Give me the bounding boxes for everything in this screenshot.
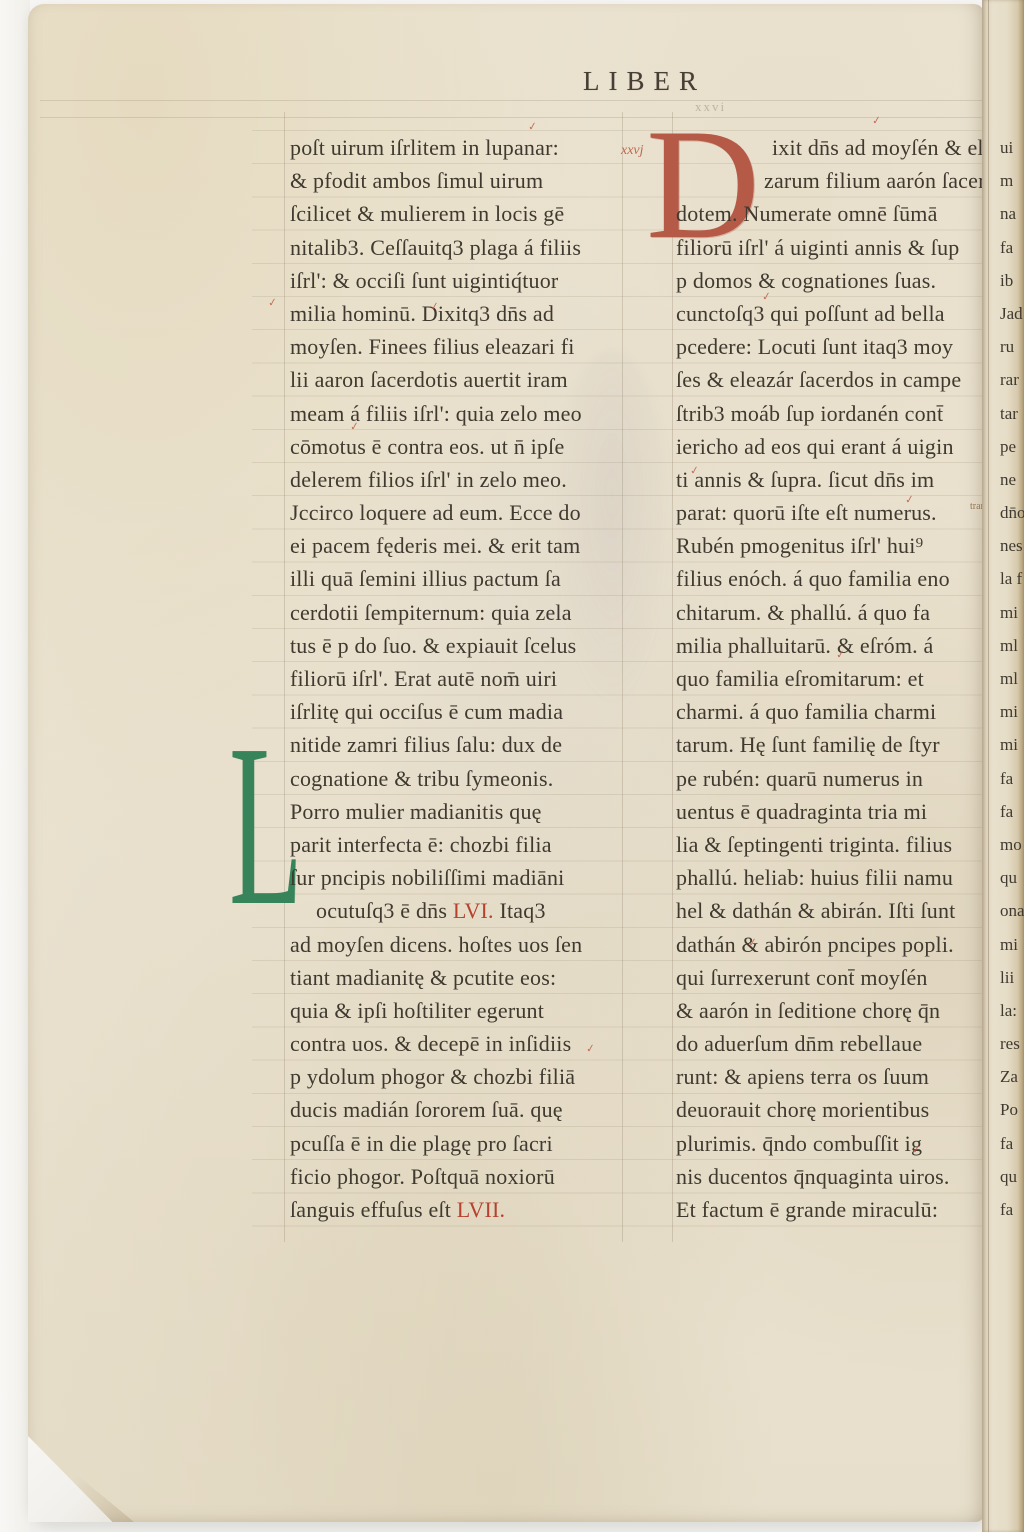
fore-edge-text-fragment: ml xyxy=(1000,662,1024,695)
manuscript-text-line: meam á filiis iſrl': quia zelo meo xyxy=(290,397,640,430)
fore-edge-text-fragment: nes xyxy=(1000,529,1024,562)
text-run: tus ē p do ſuo. & expiauit ſcelus xyxy=(290,633,576,658)
text-run: ocutuſq3 ē dn̄s xyxy=(316,898,453,923)
text-run: do aduerſum dn̄m rebellaue xyxy=(676,1031,922,1056)
manuscript-text-line: cunctoſq3 qui poſſunt ad bella xyxy=(676,297,1024,330)
text-run: filiorū iſrl'. Erat autē nom̄ uiri xyxy=(290,666,557,691)
text-run: illi quā ſemini illius pactum ſa xyxy=(290,566,561,591)
text-run: Po xyxy=(1000,1100,1018,1119)
manuscript-text-line: nitide zamri filius ſalu: dux de xyxy=(290,728,640,761)
text-run: Porro mulier madianitis quę xyxy=(290,799,542,824)
text-run: filiorū iſrl' á uiginti annis & ſup xyxy=(676,235,960,260)
text-run: fa xyxy=(1000,1200,1013,1219)
manuscript-text-line: milia phalluitarū. & eſróm. á xyxy=(676,629,1024,662)
manuscript-text-line: tiant madianitę & pcutite eos: xyxy=(290,961,640,994)
fore-edge-text-fragment: Po xyxy=(1000,1093,1024,1126)
manuscript-text-line: ſcilicet & mulierem in locis gē xyxy=(290,197,640,230)
photograph-background: LIBER xxvi xxvj tran L D poſt uirum iſrl… xyxy=(0,0,1024,1532)
text-run: la: xyxy=(1000,1001,1017,1020)
text-run: quia & ipſi hoſtiliter egerunt xyxy=(290,998,544,1023)
manuscript-text-line: iericho ad eos qui erant á uigin xyxy=(676,430,1024,463)
manuscript-text-line: poſt uirum iſrlitem in lupanar: xyxy=(290,131,640,164)
correction-tick: ✓ xyxy=(911,1142,922,1156)
fore-edge-text-fragment: mi xyxy=(1000,928,1024,961)
fore-edge-text-fragment: lii xyxy=(1000,961,1024,994)
text-run: tar xyxy=(1000,404,1018,423)
manuscript-text-line: Jccirco loquere ad eum. Ecce do xyxy=(290,496,640,529)
manuscript-text-line: Porro mulier madianitis quę xyxy=(290,795,640,828)
text-run: nitalib3. Ceſſauitq3 plaga á filiis xyxy=(290,235,581,260)
text-run: ei pacem fęderis mei. & erit tam xyxy=(290,533,580,558)
fore-edge-text-fragment: qu xyxy=(1000,1160,1024,1193)
manuscript-text-line: filiorū iſrl' á uiginti annis & ſup xyxy=(676,231,1024,264)
manuscript-text-line: & aarón in ſeditione chorę q̄n xyxy=(676,994,1024,1027)
text-run: pcedere: Locuti ſunt itaq3 moy xyxy=(676,334,953,359)
text-run: mi xyxy=(1000,935,1018,954)
chapter-number-rubric: LVI. xyxy=(453,898,494,923)
manuscript-text-line: dotem. Numerate omnē ſūmā xyxy=(676,197,1024,230)
text-run: parat: quorū iſte eſt numerus. xyxy=(676,500,937,525)
correction-tick: ✓ xyxy=(585,1041,596,1055)
text-run: Et factum ē grande miraculū: xyxy=(676,1197,938,1222)
text-run: uentus ē quadraginta tria mi xyxy=(676,799,927,824)
manuscript-text-line: ſur pncipis nobiliſſimi madiāni xyxy=(290,861,640,894)
manuscript-text-line: cerdotii ſempiternum: quia zela xyxy=(290,596,640,629)
text-run: lii aaron ſacerdotis auertit iram xyxy=(290,367,568,392)
fore-edge-text-fragment: mi xyxy=(1000,695,1024,728)
correction-tick: ✓ xyxy=(349,419,360,433)
manuscript-text-line: do aduerſum dn̄m rebellaue xyxy=(676,1027,1024,1060)
manuscript-text-line: moyſen. Finees filius eleazari fi xyxy=(290,330,640,363)
text-run: cōmotus ē contra eos. ut n̄ ipſe xyxy=(290,434,564,459)
fore-edge-text-fragment: fa xyxy=(1000,1127,1024,1160)
text-run: nes xyxy=(1000,536,1023,555)
manuscript-text-line: & pfodit ambos ſimul uirum xyxy=(290,164,640,197)
manuscript-text-line: lia & ſeptingenti triginta. filius xyxy=(676,828,1024,861)
text-run: pe xyxy=(1000,437,1016,456)
text-run: moyſen. Finees filius eleazari fi xyxy=(290,334,575,359)
page-crease xyxy=(988,0,989,1532)
manuscript-text-line: quo familia eſromitarum: et xyxy=(676,662,1024,695)
correction-tick: ✓ xyxy=(871,113,882,127)
correction-tick: ✓ xyxy=(527,119,538,133)
manuscript-text-line: ſanguis effuſus eſt LVII. xyxy=(290,1193,640,1226)
text-run: Jad xyxy=(1000,304,1023,323)
text-run: qu xyxy=(1000,868,1017,887)
fore-edge-text-fragment: ne xyxy=(1000,463,1024,496)
correction-tick: ✓ xyxy=(761,289,772,303)
text-run: lia & ſeptingenti triginta. filius xyxy=(676,832,952,857)
manuscript-text-line: hel & dathán & abirán. Iſti ſunt xyxy=(676,894,1024,927)
manuscript-text-line: nis ducentos q̄nquaginta uiros. xyxy=(676,1160,1024,1193)
manuscript-text-line: pcedere: Locuti ſunt itaq3 moy xyxy=(676,330,1024,363)
manuscript-text-line: iſrl': & occiſi ſunt uigintiq́tuor xyxy=(290,264,640,297)
fore-edge-text-fragment: pe xyxy=(1000,430,1024,463)
text-run: ſes & eleazár ſacerdos in campe xyxy=(676,367,961,392)
text-run: tiant madianitę & pcutite eos: xyxy=(290,965,556,990)
correction-tick: ✓ xyxy=(429,299,440,313)
manuscript-text-line: filiorū iſrl'. Erat autē nom̄ uiri xyxy=(290,662,640,695)
text-run: filius enóch. á quo familia eno xyxy=(676,566,950,591)
text-run: ſtrib3 moáb ſup iordanén cont̄ xyxy=(676,401,943,426)
manuscript-text-line: ocutuſq3 ē dn̄s LVI. Itaq3 xyxy=(290,894,640,927)
text-run: runt: & apiens terra os ſuum xyxy=(676,1064,929,1089)
fore-edge-text-fragment: Za xyxy=(1000,1060,1024,1093)
manuscript-text-line: qui ſurrexerunt cont̄ moyſén xyxy=(676,961,1024,994)
text-run: meam á filiis iſrl': quia zelo meo xyxy=(290,401,582,426)
header-rule-upper xyxy=(40,100,990,101)
manuscript-text-line: p ydolum phogor & chozbi filiā xyxy=(290,1060,640,1093)
text-run: fa xyxy=(1000,238,1013,257)
text-run: p domos & cognationes ſuas. xyxy=(676,268,936,293)
manuscript-text-line: ſes & eleazár ſacerdos in campe xyxy=(676,363,1024,396)
text-run: p ydolum phogor & chozbi filiā xyxy=(290,1064,575,1089)
text-run: iſrl': & occiſi ſunt uigintiq́tuor xyxy=(290,268,558,293)
correction-tick: ✓ xyxy=(267,295,278,309)
text-run: iericho ad eos qui erant á uigin xyxy=(676,434,954,459)
text-run: & pfodit ambos ſimul uirum xyxy=(290,168,543,193)
manuscript-text-line: p domos & cognationes ſuas. xyxy=(676,264,1024,297)
text-run: ib xyxy=(1000,271,1013,290)
manuscript-text-line: deuorauit chorę morientibus xyxy=(676,1093,1024,1126)
column-guide-left xyxy=(284,112,285,1242)
fore-edge-text-fragment: ml xyxy=(1000,629,1024,662)
manuscript-text-line: pe rubén: quarū numerus in xyxy=(676,762,1024,795)
manuscript-text-line: plurimis. q̄ndo combuſſit ig xyxy=(676,1127,1024,1160)
text-run: qui ſurrexerunt cont̄ moyſén xyxy=(676,965,928,990)
text-run: ficio phogor. Poſtquā noxiorū xyxy=(290,1164,555,1189)
manuscript-text-line: lii aaron ſacerdotis auertit iram xyxy=(290,363,640,396)
text-run: dathán & abirón pncipes popli. xyxy=(676,932,954,957)
next-folio-fore-edge: uimnafaibJadrurartarpenedn̄onesla fmimlm… xyxy=(982,0,1024,1532)
text-run: contra uos. & decepē in inſidiis xyxy=(290,1031,571,1056)
manuscript-text-line: tarum. Hę ſunt familię de ſtyr xyxy=(676,728,1024,761)
fore-edge-text-fragment: m xyxy=(1000,164,1024,197)
manuscript-text-line: chitarum. & phallú. á quo fa xyxy=(676,596,1024,629)
text-run: ixit dn̄s ad moyſén & elea xyxy=(772,135,1004,160)
manuscript-text-line: Rubén pmogenitus iſrl' hui⁹ xyxy=(676,529,1024,562)
fore-edge-text-fragment: mi xyxy=(1000,596,1024,629)
fore-edge-text-fragment: ui xyxy=(1000,131,1024,164)
text-run: m xyxy=(1000,171,1013,190)
text-run: nitide zamri filius ſalu: dux de xyxy=(290,732,562,757)
text-run: & aarón in ſeditione chorę q̄n xyxy=(676,998,940,1023)
text-run: ſur pncipis nobiliſſimi madiāni xyxy=(290,865,564,890)
text-run: deuorauit chorę morientibus xyxy=(676,1097,929,1122)
text-run: parit interfecta ē: chozbi filia xyxy=(290,832,552,857)
text-run: poſt uirum iſrlitem in lupanar: xyxy=(290,135,559,160)
manuscript-text-line: ti annis & ſupra. ſicut dn̄s im xyxy=(676,463,1024,496)
fore-edge-text-fragment: fa xyxy=(1000,231,1024,264)
chapter-number-rubric: LVII. xyxy=(457,1197,505,1222)
text-run: pe rubén: quarū numerus in xyxy=(676,766,923,791)
text-run: mi xyxy=(1000,603,1018,622)
manuscript-text-line: cōmotus ē contra eos. ut n̄ ipſe xyxy=(290,430,640,463)
fore-edge-text-fragment: na xyxy=(1000,197,1024,230)
text-run: dotem. Numerate omnē ſūmā xyxy=(676,201,938,226)
text-run: qu xyxy=(1000,1167,1017,1186)
text-run: rar xyxy=(1000,370,1019,389)
text-run: cognatione & tribu ſymeonis. xyxy=(290,766,553,791)
manuscript-text-line: ficio phogor. Poſtquā noxiorū xyxy=(290,1160,640,1193)
left-text-column: poſt uirum iſrlitem in lupanar:& pfodit … xyxy=(290,131,640,1226)
manuscript-text-line: cognatione & tribu ſymeonis. xyxy=(290,762,640,795)
text-run: plurimis. q̄ndo combuſſit ig xyxy=(676,1131,922,1156)
manuscript-text-line: illi quā ſemini illius pactum ſa xyxy=(290,562,640,595)
text-run: ſcilicet & mulierem in locis gē xyxy=(290,201,564,226)
text-run: res xyxy=(1000,1034,1020,1053)
text-run: mo xyxy=(1000,835,1022,854)
manuscript-text-line: nitalib3. Ceſſauitq3 plaga á filiis xyxy=(290,231,640,264)
manuscript-text-line: zarum filium aarón ſacer xyxy=(676,164,1024,197)
text-run: la f xyxy=(1000,569,1022,588)
text-run: charmi. á quo familia charmi xyxy=(676,699,936,724)
text-run: zarum filium aarón ſacer xyxy=(764,168,986,193)
manuscript-text-line: runt: & apiens terra os ſuum xyxy=(676,1060,1024,1093)
text-run: mi xyxy=(1000,735,1018,754)
manuscript-text-line: filius enóch. á quo familia eno xyxy=(676,562,1024,595)
text-run: ſanguis effuſus eſt xyxy=(290,1197,457,1222)
fore-edge-text-fragment: mi xyxy=(1000,728,1024,761)
manuscript-text-line: pcuſſa ē in die plagę pro ſacri xyxy=(290,1127,640,1160)
fore-edge-text-fragment: qu xyxy=(1000,861,1024,894)
manuscript-text-line: ei pacem fęderis mei. & erit tam xyxy=(290,529,640,562)
text-run: fa xyxy=(1000,1134,1013,1153)
text-run: chitarum. & phallú. á quo fa xyxy=(676,600,930,625)
manuscript-text-line: milia hominū. Dixitq3 dn̄s ad xyxy=(290,297,640,330)
manuscript-text-line: parat: quorū iſte eſt numerus. xyxy=(676,496,1024,529)
fore-edge-text-fragment: fa xyxy=(1000,795,1024,828)
photo-backdrop-left xyxy=(0,0,30,1532)
manuscript-text-line: ſtrib3 moáb ſup iordanén cont̄ xyxy=(676,397,1024,430)
text-run: Za xyxy=(1000,1067,1018,1086)
fore-edge-text-fragment: ib xyxy=(1000,264,1024,297)
manuscript-text-line: charmi. á quo familia charmi xyxy=(676,695,1024,728)
manuscript-text-line: tus ē p do ſuo. & expiauit ſcelus xyxy=(290,629,640,662)
fore-edge-text-fragment: Jad xyxy=(1000,297,1024,330)
text-run: hel & dathán & abirán. Iſti ſunt xyxy=(676,898,956,923)
right-text-column: ixit dn̄s ad moyſén & eleazarum filium a… xyxy=(676,131,1024,1226)
text-run: ne xyxy=(1000,470,1016,489)
text-run: ti annis & ſupra. ſicut dn̄s im xyxy=(676,467,934,492)
text-run: pcuſſa ē in die plagę pro ſacri xyxy=(290,1131,553,1156)
text-run: cunctoſq3 qui poſſunt ad bella xyxy=(676,301,945,326)
fore-edge-text-column: uimnafaibJadrurartarpenedn̄onesla fmimlm… xyxy=(1000,131,1024,1226)
text-run: tarum. Hę ſunt familię de ſtyr xyxy=(676,732,940,757)
fore-edge-text-fragment: fa xyxy=(1000,762,1024,795)
fore-edge-text-fragment: res xyxy=(1000,1027,1024,1060)
column-guide-right-start xyxy=(672,112,673,1242)
correction-tick: ✓ xyxy=(904,492,915,506)
text-run: ml xyxy=(1000,669,1018,688)
text-run: cerdotii ſempiternum: quia zela xyxy=(290,600,572,625)
manuscript-text-line: iſrlitę qui occiſus ē cum madia xyxy=(290,695,640,728)
fore-edge-text-fragment: rar xyxy=(1000,363,1024,396)
manuscript-text-line: delerem filios iſrl' in zelo meo. xyxy=(290,463,640,496)
header-rule-lower xyxy=(40,117,990,118)
correction-tick: ✓ xyxy=(835,647,846,661)
fore-edge-text-fragment: la: xyxy=(1000,994,1024,1027)
text-run: na xyxy=(1000,204,1016,223)
text-run: Rubén pmogenitus iſrl' hui⁹ xyxy=(676,533,923,558)
text-run: delerem filios iſrl' in zelo meo. xyxy=(290,467,567,492)
text-run: mi xyxy=(1000,702,1018,721)
manuscript-text-line: ducis madián ſororem ſuā. quę xyxy=(290,1093,640,1126)
manuscript-text-line: quia & ipſi hoſtiliter egerunt xyxy=(290,994,640,1027)
text-run: Jccirco loquere ad eum. Ecce do xyxy=(290,500,581,525)
manuscript-text-line: Et factum ē grande miraculū: xyxy=(676,1193,1024,1226)
text-run: milia phalluitarū. & eſróm. á xyxy=(676,633,934,658)
running-title: LIBER xyxy=(583,66,706,97)
correction-tick: ✓ xyxy=(747,935,758,949)
text-run: ducis madián ſororem ſuā. quę xyxy=(290,1097,563,1122)
correction-tick: ✓ xyxy=(689,463,700,477)
fore-edge-text-fragment: tar xyxy=(1000,397,1024,430)
text-run: milia hominū. Dixitq3 dn̄s ad xyxy=(290,301,554,326)
fore-edge-text-fragment: dn̄o xyxy=(1000,496,1024,529)
text-run: ru xyxy=(1000,337,1014,356)
text-run: lii xyxy=(1000,968,1014,987)
fore-edge-text-fragment: mo xyxy=(1000,828,1024,861)
fore-edge-text-fragment: la f xyxy=(1000,562,1024,595)
text-run: dn̄o xyxy=(1000,503,1024,522)
text-run: ui xyxy=(1000,138,1013,157)
text-run: ml xyxy=(1000,636,1018,655)
fore-edge-text-fragment: ona xyxy=(1000,894,1024,927)
fore-edge-text-fragment: fa xyxy=(1000,1193,1024,1226)
fore-edge-text-fragment: ru xyxy=(1000,330,1024,363)
text-run: quo familia eſromitarum: et xyxy=(676,666,924,691)
manuscript-text-line: dathán & abirón pncipes popli. xyxy=(676,928,1024,961)
manuscript-text-line: ixit dn̄s ad moyſén & elea xyxy=(676,131,1024,164)
text-run: fa xyxy=(1000,769,1013,788)
text-run: ad moyſen dicens. hoſtes uos ſen xyxy=(290,932,582,957)
text-run: fa xyxy=(1000,802,1013,821)
text-run: phallú. heliab: huius filii namu xyxy=(676,865,953,890)
text-run: nis ducentos q̄nquaginta uiros. xyxy=(676,1164,950,1189)
manuscript-text-line: ad moyſen dicens. hoſtes uos ſen xyxy=(290,928,640,961)
manuscript-text-line: uentus ē quadraginta tria mi xyxy=(676,795,1024,828)
text-run: Itaq3 xyxy=(494,898,546,923)
text-run: ona xyxy=(1000,901,1024,920)
manuscript-text-line: parit interfecta ē: chozbi filia xyxy=(290,828,640,861)
manuscript-text-line: phallú. heliab: huius filii namu xyxy=(676,861,1024,894)
text-run: iſrlitę qui occiſus ē cum madia xyxy=(290,699,563,724)
